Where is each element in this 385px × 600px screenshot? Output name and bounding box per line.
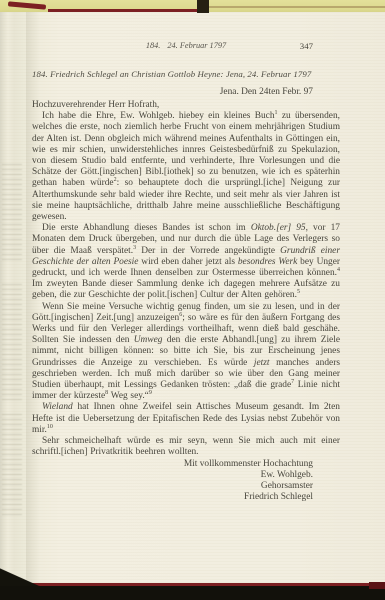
page-content: 184.24. Februar 1797 347 184. Friedrich … [32, 12, 340, 503]
letter-closing: Mit vollkommenster Hochachtung Ew. Wohlg… [32, 459, 340, 504]
book-photo: 184.24. Februar 1797 347 184. Friedrich … [0, 0, 385, 600]
book-cover-edge-bottom [0, 583, 385, 586]
letter-heading: 184. Friedrich Schlegel an Christian Got… [32, 69, 340, 79]
running-header-entry-number: 184. [146, 41, 161, 50]
footnote-marker: 10 [47, 424, 53, 430]
letter-dateline: Jena. Den 24ten Febr. 97 [32, 87, 340, 97]
facing-page-ghost-text [2, 280, 22, 400]
page-number: 347 [300, 41, 313, 51]
footnote-marker: 5 [297, 289, 300, 295]
footnote-marker: 9 [149, 390, 152, 396]
book-cover-edge-top-right [209, 6, 385, 8]
facing-page-ghost-text [2, 160, 22, 260]
letter-paragraph: Wieland hat Ihnen ohne Zweifel sein Atti… [32, 402, 340, 436]
letter-paragraph: Wenn Sie meine Versuche wichtig genug fi… [32, 302, 340, 403]
shadow-bottom-left [0, 568, 40, 586]
running-header: 184.24. Februar 1797 347 [32, 41, 340, 52]
letter-body: Ich habe die Ehre, Ew. Wohlgeb. hiebey e… [32, 111, 340, 458]
running-header-title: 184.24. Februar 1797 [32, 41, 340, 50]
letter-paragraph: Die erste Abhandlung dieses Bandes ist s… [32, 223, 340, 301]
letter-salutation: Hochzuverehrender Herr Hofrath, [32, 100, 340, 111]
letter-paragraph: Ich habe die Ehre, Ew. Wohlgeb. hiebey e… [32, 111, 340, 223]
closing-line: Friedrich Schlegel [32, 492, 313, 503]
book-cover-edge-bottom-right [369, 582, 385, 589]
footnote-marker: 4 [337, 267, 340, 273]
letter-paragraph: Sehr schmeichelhaft würde es mir seyn, w… [32, 436, 340, 458]
closing-line: Gehorsamster [32, 481, 313, 492]
closing-line: Ew. Wohlgeb. [32, 470, 313, 481]
facing-page-ghost-text [2, 410, 22, 515]
closing-line: Mit vollkommenster Hochachtung [32, 459, 313, 470]
running-header-date: 24. Februar 1797 [167, 41, 226, 50]
